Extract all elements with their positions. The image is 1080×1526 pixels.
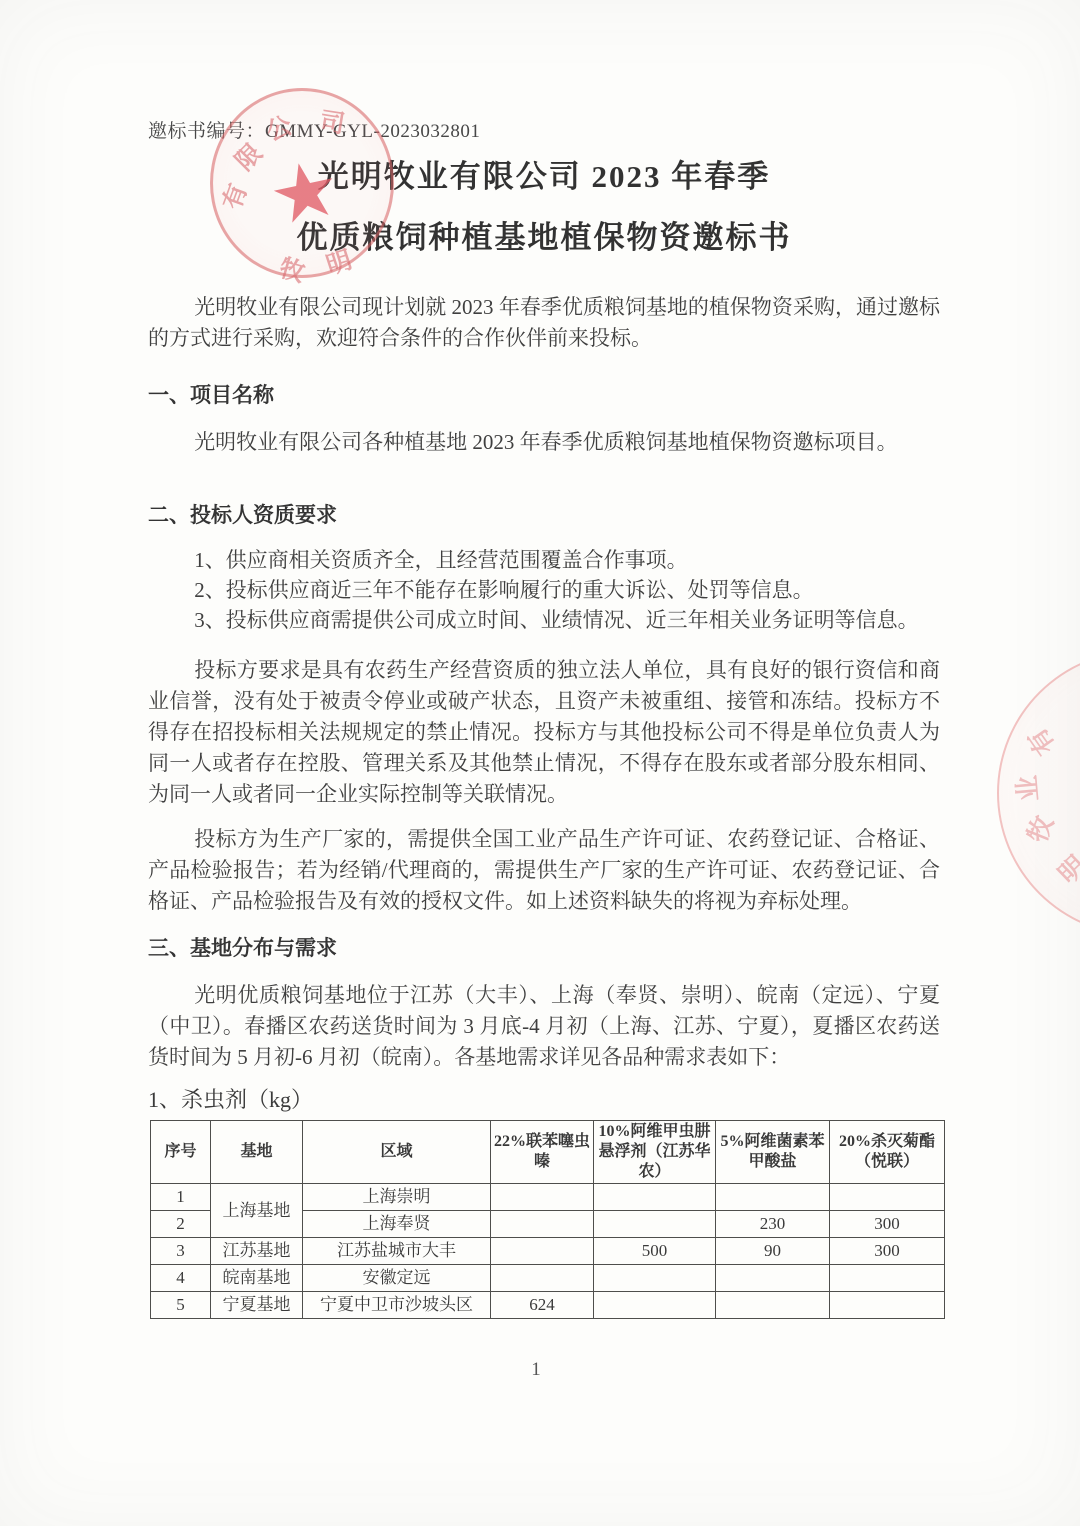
cell-value <box>491 1211 594 1238</box>
cell-region: 上海崇明 <box>303 1184 491 1211</box>
document-content: 邀标书编号：GMMY-GYL-2023032801 光明牧业有限公司 2023 … <box>148 116 940 1381</box>
cell-base: 上海基地 <box>211 1184 303 1238</box>
col-header-product-3: 5%阿维菌素苯甲酸盐 <box>716 1121 830 1184</box>
cell-value: 624 <box>491 1292 594 1319</box>
cell-no: 3 <box>151 1238 211 1265</box>
intro-paragraph: 光明牧业有限公司现计划就 2023 年春季优质粮饲基地的植保物资采购，通过邀标的… <box>148 292 940 354</box>
cell-value <box>491 1184 594 1211</box>
page-number: 1 <box>140 1359 932 1381</box>
doc-title-line2: 优质粮饲种植基地植保物资邀标书 <box>148 216 940 260</box>
scanned-document: { "doc": { "number_line": "邀标书编号：GMMY-GY… <box>0 0 1080 1526</box>
col-header-product-2: 10%阿维甲虫肼悬浮剂（江苏华农） <box>594 1121 716 1184</box>
cell-base: 江苏基地 <box>211 1238 303 1265</box>
insecticide-demand-table: 序号 基地 区域 22%联苯噻虫嗪 10%阿维甲虫肼悬浮剂（江苏华农） 5%阿维… <box>150 1120 945 1319</box>
cell-value <box>716 1292 830 1319</box>
qualification-item-1: 1、供应商相关资质齐全，且经营范围覆盖合作事项。 <box>148 545 940 575</box>
qualification-item-3: 3、投标供应商需提供公司成立时间、业绩情况、近三年相关业务证明等信息。 <box>148 605 940 635</box>
col-header-product-4: 20%杀灭菊酯（悦联） <box>830 1121 945 1184</box>
cell-value: 500 <box>594 1238 716 1265</box>
cell-base: 皖南基地 <box>211 1265 303 1292</box>
section-2-heading: 二、投标人资质要求 <box>148 500 940 531</box>
cell-no: 5 <box>151 1292 211 1319</box>
cell-value: 230 <box>716 1211 830 1238</box>
cell-region: 江苏盐城市大丰 <box>303 1238 491 1265</box>
table-row: 4 皖南基地 安徽定远 <box>151 1265 945 1292</box>
table-row: 3 江苏基地 江苏盐城市大丰 500 90 300 <box>151 1238 945 1265</box>
col-header-base: 基地 <box>211 1121 303 1184</box>
company-seal-right: 有 业 牧 明 <box>997 650 1080 936</box>
section-1-heading: 一、项目名称 <box>148 380 940 411</box>
seal-char: 牧 <box>1017 810 1061 848</box>
col-header-region: 区域 <box>303 1121 491 1184</box>
cell-value: 300 <box>830 1238 945 1265</box>
cell-value <box>716 1265 830 1292</box>
qualification-items: 1、供应商相关资质齐全，且经营范围覆盖合作事项。 2、投标供应商近三年不能存在影… <box>148 545 940 635</box>
cell-value <box>594 1184 716 1211</box>
section-3-heading: 三、基地分布与需求 <box>148 933 940 964</box>
section-3-body: 光明优质粮饲基地位于江苏（大丰）、上海（奉贤、崇明）、皖南（定远）、宁夏（中卫）… <box>148 980 940 1073</box>
cell-no: 1 <box>151 1184 211 1211</box>
cell-value <box>830 1292 945 1319</box>
seal-char: 有 <box>1017 721 1062 764</box>
seal-char: 明 <box>1049 846 1080 891</box>
table-row: 5 宁夏基地 宁夏中卫市沙坡头区 624 <box>151 1292 945 1319</box>
cell-region: 宁夏中卫市沙坡头区 <box>303 1292 491 1319</box>
cell-value <box>491 1265 594 1292</box>
cell-value <box>830 1184 945 1211</box>
doc-number: 邀标书编号：GMMY-GYL-2023032801 <box>148 116 940 143</box>
cell-value <box>594 1265 716 1292</box>
doc-title-line1: 光明牧业有限公司 2023 年春季 <box>148 155 940 199</box>
seal-char: 业 <box>1006 774 1045 803</box>
col-header-product-1: 22%联苯噻虫嗪 <box>491 1121 594 1184</box>
cell-value: 90 <box>716 1238 830 1265</box>
col-header-seq: 序号 <box>151 1121 211 1184</box>
section-1-body: 光明牧业有限公司各种植基地 2023 年春季优质粮饲基地植保物资邀标项目。 <box>148 427 940 458</box>
cell-value <box>830 1265 945 1292</box>
cell-region: 安徽定远 <box>303 1265 491 1292</box>
table-header-row: 序号 基地 区域 22%联苯噻虫嗪 10%阿维甲虫肼悬浮剂（江苏华农） 5%阿维… <box>151 1121 945 1184</box>
qualification-paragraph-1: 投标方要求是具有农药生产经营资质的独立法人单位，具有良好的银行资信和商业信誉，没… <box>148 655 940 810</box>
qualification-paragraph-2: 投标方为生产厂家的，需提供全国工业产品生产许可证、农药登记证、合格证、产品检验报… <box>148 824 940 917</box>
cell-value <box>594 1211 716 1238</box>
cell-region: 上海奉贤 <box>303 1211 491 1238</box>
cell-base: 宁夏基地 <box>211 1292 303 1319</box>
cell-no: 2 <box>151 1211 211 1238</box>
cell-value <box>491 1238 594 1265</box>
table-title: 1、杀虫剂（kg） <box>148 1085 940 1115</box>
cell-value <box>716 1184 830 1211</box>
seal-ring-icon <box>997 650 1080 936</box>
cell-value: 300 <box>830 1211 945 1238</box>
cell-no: 4 <box>151 1265 211 1292</box>
qualification-item-2: 2、投标供应商近三年不能存在影响履行的重大诉讼、处罚等信息。 <box>148 575 940 605</box>
cell-value <box>594 1292 716 1319</box>
table-row: 1 上海基地 上海崇明 <box>151 1184 945 1211</box>
